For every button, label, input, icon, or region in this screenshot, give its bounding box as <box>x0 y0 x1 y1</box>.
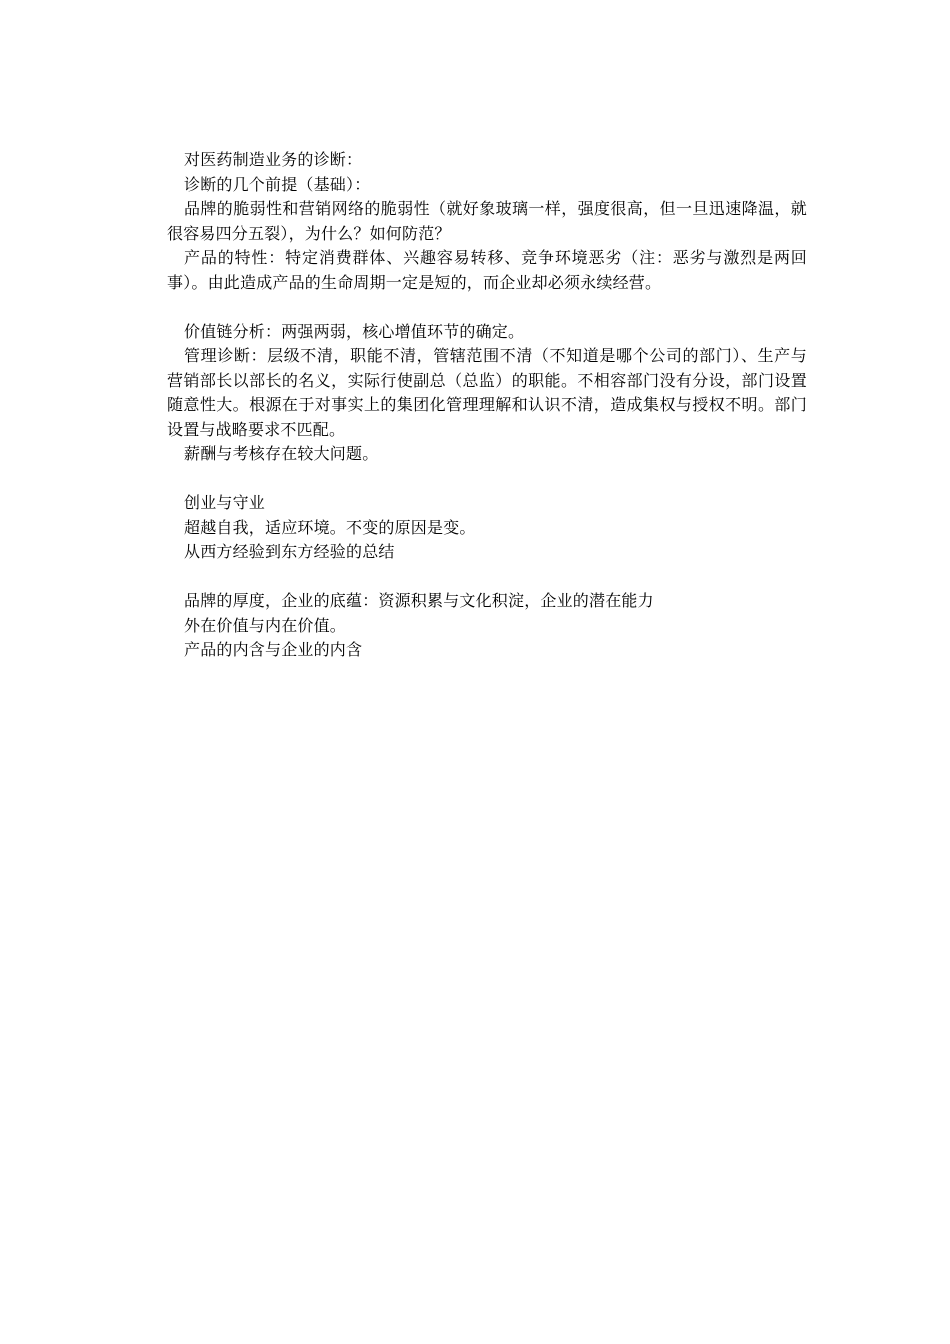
blank-line <box>167 565 807 590</box>
paragraph-startup-vs-maintain: 创业与守业 <box>167 491 807 516</box>
document-page: 对医药制造业务的诊断： 诊断的几个前提（基础）： 品牌的脆弱性和营销网络的脆弱性… <box>167 148 807 663</box>
paragraph-west-to-east: 从西方经验到东方经验的总结 <box>167 540 807 565</box>
paragraph-product-traits: 产品的特性：特定消费群体、兴趣容易转移、竞争环境恶劣（注：恶劣与激烈是两回事）。… <box>167 246 807 295</box>
paragraph-compensation: 薪酬与考核存在较大问题。 <box>167 442 807 467</box>
paragraph-brand-fragility: 品牌的脆弱性和营销网络的脆弱性（就好象玻璃一样，强度很高，但一旦迅速降温，就很容… <box>167 197 807 246</box>
blank-line <box>167 467 807 492</box>
paragraph-brand-depth: 品牌的厚度，企业的底蕴：资源积累与文化积淀，企业的潜在能力 <box>167 589 807 614</box>
paragraph-transcend-self: 超越自我，适应环境。不变的原因是变。 <box>167 516 807 541</box>
paragraph-value-chain: 价值链分析：两强两弱，核心增值环节的确定。 <box>167 320 807 345</box>
paragraph-premises: 诊断的几个前提（基础）： <box>167 173 807 198</box>
paragraph-external-internal-value: 外在价值与内在价值。 <box>167 614 807 639</box>
blank-line <box>167 295 807 320</box>
heading-diagnosis: 对医药制造业务的诊断： <box>167 148 807 173</box>
paragraph-product-connotation: 产品的内含与企业的内含 <box>167 638 807 663</box>
paragraph-management-diagnosis: 管理诊断：层级不清，职能不清，管辖范围不清（不知道是哪个公司的部门）、生产与营销… <box>167 344 807 442</box>
